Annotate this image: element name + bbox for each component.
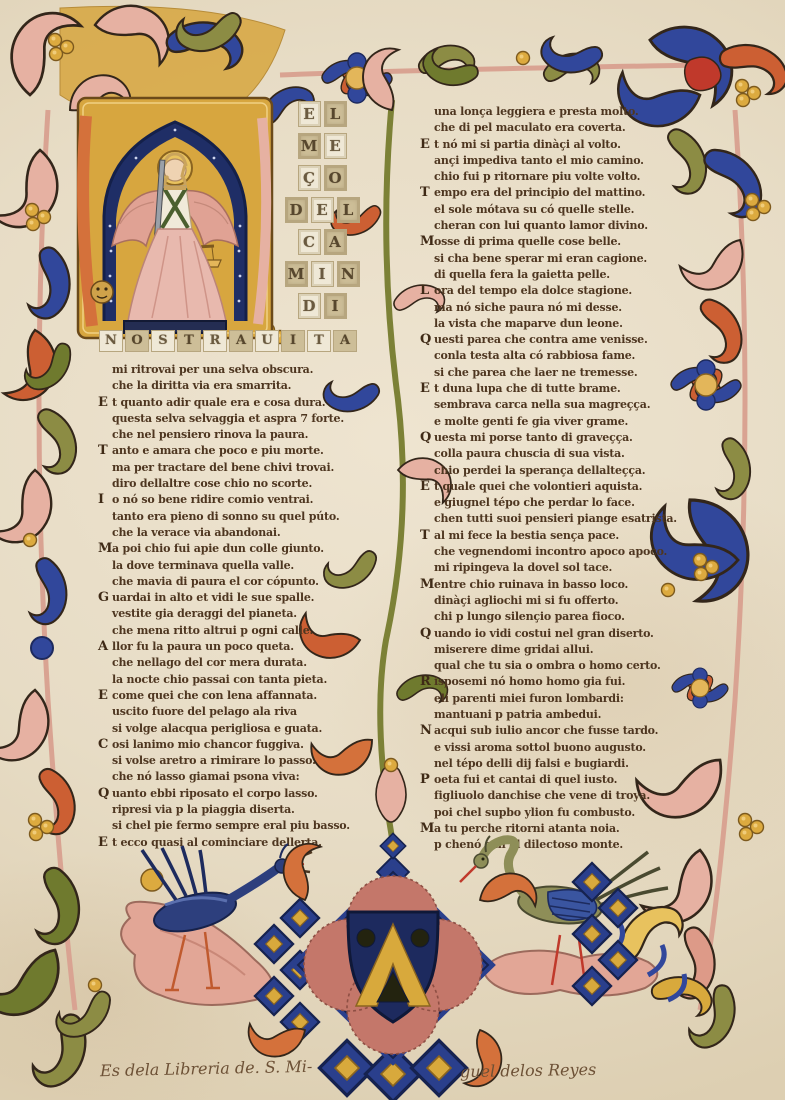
inscription-right: guel delos Reyes — [460, 1060, 597, 1081]
ex-libris-inscription: Es dela Libreria de. S. Mi- guel delos R… — [0, 1055, 785, 1095]
inscription-left: Es dela Libreria de. S. Mi- — [100, 1057, 313, 1080]
shield-chevron-arms — [348, 912, 438, 1022]
bas-de-page — [0, 0, 785, 1100]
manuscript-page: ELMEÇODELCAMINDI NOSTRAUITA mi ritrovai … — [0, 0, 785, 1100]
